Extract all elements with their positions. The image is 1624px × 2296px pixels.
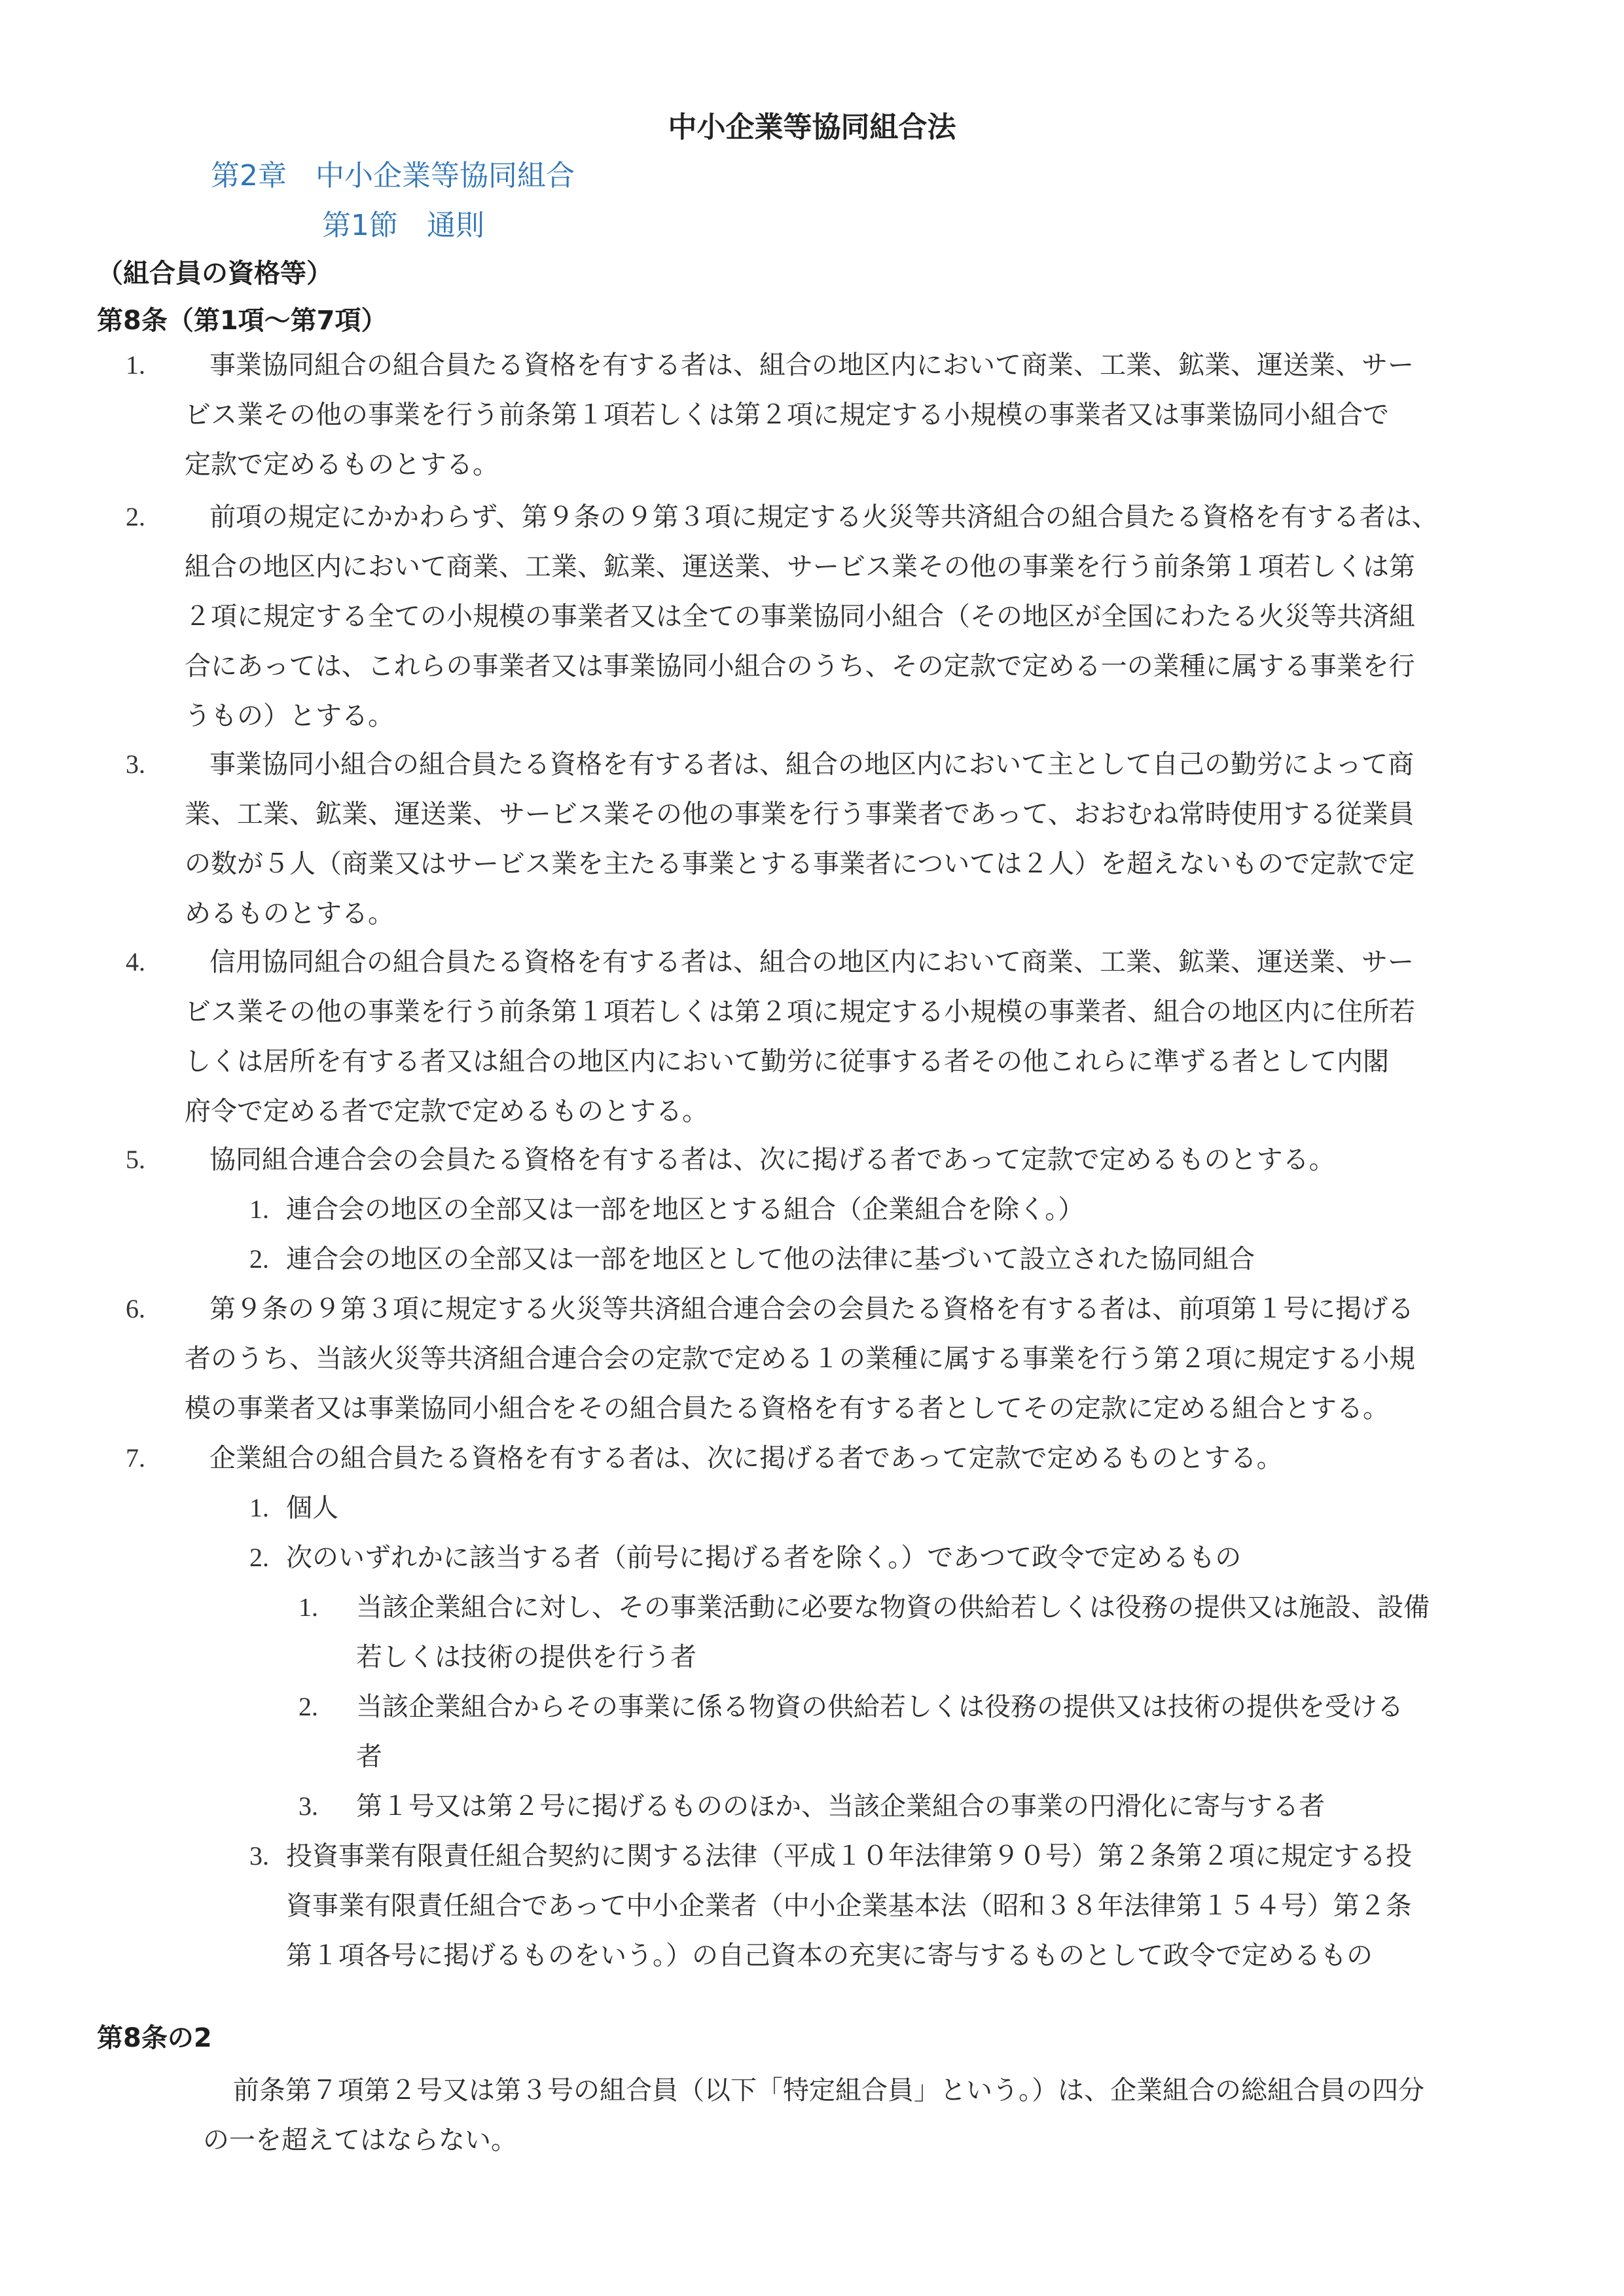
- item-number: 1.: [249, 1483, 269, 1533]
- clause-text-line: 組合の地区内において商業、工業、鉱業、運送業、サービス業その他の事業を行う前条第…: [185, 542, 1526, 592]
- subitem-text-line: 第１号又は第２号に掲げるもののほか、当該企業組合の事業の円滑化に寄与する者: [356, 1782, 1528, 1831]
- clause-7-item-2-sub-3: 3. 第１号又は第２号に掲げるもののほか、当該企業組合の事業の円滑化に寄与する者: [356, 1782, 1528, 1831]
- item-number: 3.: [249, 1831, 269, 1881]
- clause-7: 7. 企業組合の組合員たる資格を有する者は、次に掲げる者であって定款で定めるもの…: [185, 1433, 1526, 1483]
- clause-text-line: めるものとする。: [185, 889, 1526, 939]
- article-text-line: の一を超えてはならない。: [203, 2115, 1532, 2165]
- clause-4: 4. 信用協同組合の組合員たる資格を有する者は、組合の地区内において商業、工業、…: [185, 937, 1526, 1136]
- clause-text-line: ビス業その他の事業を行う前条第１項若しくは第２項に規定する小規模の事業者、組合の…: [185, 987, 1526, 1037]
- clause-text-line: 者のうち、当該火災等共済組合連合会の定款で定める１の業種に属する事業を行う第２項…: [185, 1334, 1526, 1384]
- clause-number: 1.: [126, 340, 145, 390]
- item-text-line: 個人: [286, 1483, 1530, 1533]
- clause-text-line: 事業協同小組合の組合員たる資格を有する者は、組合の地区内において主として自己の勤…: [185, 740, 1526, 789]
- clause-text-line: うもの）とする。: [185, 691, 1526, 741]
- article-text-line: 前条第７項第２号又は第３号の組合員（以下「特定組合員」という。）は、企業組合の総…: [203, 2066, 1532, 2115]
- clause-text-line: ビス業その他の事業を行う前条第１項若しくは第２項に規定する小規模の事業者又は事業…: [185, 390, 1526, 440]
- subitem-text-line: 当該企業組合からその事業に係る物資の供給若しくは役務の提供又は技術の提供を受ける: [356, 1682, 1528, 1732]
- subitem-text-line: 者: [356, 1732, 1528, 1782]
- item-text-line: 次のいずれかに該当する者（前号に掲げる者を除く。）であつて政令で定めるもの: [286, 1533, 1530, 1583]
- clause-text-line: の数が５人（商業又はサービス業を主たる事業とする事業者については２人）を超えない…: [185, 839, 1526, 889]
- clause-7-item-1: 1. 個人: [286, 1483, 1530, 1533]
- clause-3: 3. 事業協同小組合の組合員たる資格を有する者は、組合の地区内において主として自…: [185, 740, 1526, 939]
- chapter-heading: 第2章 中小企業等協同組合: [211, 152, 575, 194]
- subitem-number: 1.: [298, 1583, 318, 1632]
- clause-text-line: 事業協同組合の組合員たる資格を有する者は、組合の地区内において商業、工業、鉱業、…: [185, 340, 1526, 390]
- item-text-line: 連合会の地区の全部又は一部を地区として他の法律に基づいて設立された協同組合: [286, 1234, 1530, 1284]
- clause-text-line: しくは居所を有する者又は組合の地区内において勤労に従事する者その他これらに準ずる…: [185, 1037, 1526, 1086]
- article-8-2-heading: 第8条の2: [97, 2017, 212, 2054]
- item-number: 2.: [249, 1533, 269, 1583]
- item-number: 2.: [249, 1234, 269, 1284]
- clause-text-line: 模の事業者又は事業協同小組合をその組合員たる資格を有する者としてその定款に定める…: [185, 1384, 1526, 1433]
- clause-number: 2.: [126, 492, 145, 542]
- clause-text-line: 第９条の９第３項に規定する火災等共済組合連合会の会員たる資格を有する者は、前項第…: [185, 1284, 1526, 1334]
- clause-5: 5. 協同組合連合会の会員たる資格を有する者は、次に掲げる者であって定款で定める…: [185, 1135, 1526, 1185]
- clause-7-item-2-sub-1: 1. 当該企業組合に対し、その事業活動に必要な物資の供給若しくは役務の提供又は施…: [356, 1583, 1528, 1682]
- subitem-text-line: 若しくは技術の提供を行う者: [356, 1632, 1528, 1682]
- clause-text-line: 協同組合連合会の会員たる資格を有する者は、次に掲げる者であって定款で定めるものと…: [185, 1135, 1526, 1185]
- section-heading: 第1節 通則: [322, 202, 484, 243]
- clause-7-item-3: 3. 投資事業有限責任組合契約に関する法律（平成１０年法律第９０号）第２条第２項…: [286, 1831, 1530, 1981]
- article-8-2-body: 前条第７項第２号又は第３号の組合員（以下「特定組合員」という。）は、企業組合の総…: [203, 2066, 1532, 2165]
- clause-number: 4.: [126, 937, 145, 987]
- clause-6: 6. 第９条の９第３項に規定する火災等共済組合連合会の会員たる資格を有する者は、…: [185, 1284, 1526, 1433]
- clause-text-line: 信用協同組合の組合員たる資格を有する者は、組合の地区内において商業、工業、鉱業、…: [185, 937, 1526, 987]
- clause-number: 5.: [126, 1135, 145, 1185]
- item-text-line: 第１項各号に掲げるものをいう。）の自己資本の充実に寄与するものとして政令で定める…: [286, 1931, 1530, 1981]
- subitem-number: 2.: [298, 1682, 318, 1732]
- clause-2: 2. 前項の規定にかかわらず、第９条の９第３項に規定する火災等共済組合の組合員た…: [185, 492, 1526, 741]
- clause-number: 3.: [126, 740, 145, 789]
- clause-text-line: 定款で定めるものとする。: [185, 440, 1526, 490]
- clause-1: 1. 事業協同組合の組合員たる資格を有する者は、組合の地区内において商業、工業、…: [185, 340, 1526, 490]
- subitem-number: 3.: [298, 1782, 318, 1831]
- clause-number: 7.: [126, 1433, 145, 1483]
- clause-text-line: 合にあっては、これらの事業者又は事業協同小組合のうち、その定款で定める一の業種に…: [185, 641, 1526, 691]
- clause-text-line: 前項の規定にかかわらず、第９条の９第３項に規定する火災等共済組合の組合員たる資格…: [185, 492, 1526, 542]
- clause-text-line: 府令で定める者で定款で定めるものとする。: [185, 1086, 1526, 1136]
- clause-number: 6.: [126, 1284, 145, 1334]
- clause-5-item-1: 1. 連合会の地区の全部又は一部を地区とする組合（企業組合を除く。）: [286, 1185, 1530, 1234]
- item-text-line: 連合会の地区の全部又は一部を地区とする組合（企業組合を除く。）: [286, 1185, 1530, 1234]
- clause-7-item-2-sub-2: 2. 当該企業組合からその事業に係る物資の供給若しくは役務の提供又は技術の提供を…: [356, 1682, 1528, 1782]
- clause-5-item-2: 2. 連合会の地区の全部又は一部を地区として他の法律に基づいて設立された協同組合: [286, 1234, 1530, 1284]
- document-title: 中小企業等協同組合法: [0, 103, 1624, 145]
- clause-text-line: 企業組合の組合員たる資格を有する者は、次に掲げる者であって定款で定めるものとする…: [185, 1433, 1526, 1483]
- clause-text-line: ２項に規定する全ての小規模の事業者又は全ての事業協同小組合（その地区が全国にわた…: [185, 592, 1526, 641]
- item-text-line: 投資事業有限責任組合契約に関する法律（平成１０年法律第９０号）第２条第２項に規定…: [286, 1831, 1530, 1881]
- item-number: 1.: [249, 1185, 269, 1234]
- item-text-line: 資事業有限責任組合であって中小企業者（中小企業基本法（昭和３８年法律第１５４号）…: [286, 1881, 1530, 1931]
- subitem-text-line: 当該企業組合に対し、その事業活動に必要な物資の供給若しくは役務の提供又は施設、設…: [356, 1583, 1528, 1632]
- clause-7-item-2: 2. 次のいずれかに該当する者（前号に掲げる者を除く。）であつて政令で定めるもの: [286, 1533, 1530, 1583]
- article-caption: （組合員の資格等）: [97, 253, 333, 290]
- clause-text-line: 業、工業、鉱業、運送業、サービス業その他の事業を行う事業者であって、おおむね常時…: [185, 789, 1526, 839]
- article-heading: 第8条（第1項～第7項）: [97, 300, 388, 337]
